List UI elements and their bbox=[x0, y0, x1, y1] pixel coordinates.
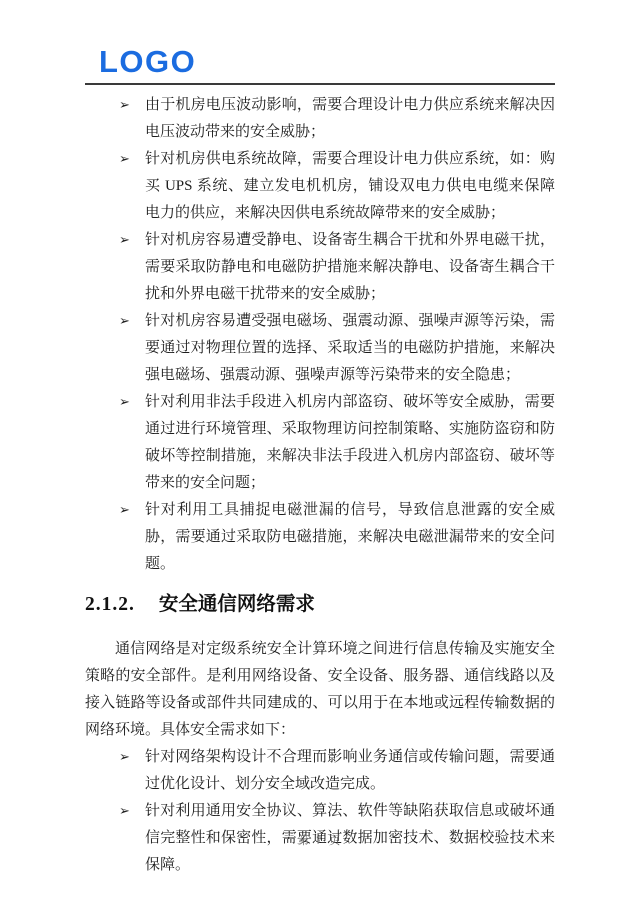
document-page: LOGO ➢ 由于机房电压波动影响，需要合理设计电力供应系统来解决因电压波动带来… bbox=[0, 0, 640, 906]
list-item-text: 针对机房供电系统故障，需要合理设计电力供应系统，如：购买 UPS 系统、建立发电… bbox=[145, 151, 555, 221]
list-item: ➢ 由于机房电压波动影响，需要合理设计电力供应系统来解决因电压波动带来的安全威胁… bbox=[85, 92, 555, 146]
list-item-text: 针对机房容易遭受静电、设备寄生耦合干扰和外界电磁干扰，需要采取防静电和电磁防护措… bbox=[145, 232, 555, 302]
section-heading: 2.1.2.安全通信网络需求 bbox=[85, 591, 555, 619]
arrow-bullet-icon: ➢ bbox=[119, 798, 130, 825]
arrow-bullet-icon: ➢ bbox=[119, 389, 130, 416]
company-logo: LOGO bbox=[99, 46, 555, 78]
list-item-text: 针对利用非法手段进入机房内部盗窃、破坏等安全威胁，需要通过进行环境管理、采取物理… bbox=[145, 394, 555, 491]
document-header: LOGO bbox=[85, 46, 555, 85]
header-divider bbox=[85, 83, 555, 85]
section-paragraph: 通信网络是对定级系统安全计算环境之间进行信息传输及实施安全策略的安全部件。是利用… bbox=[85, 636, 555, 744]
arrow-bullet-icon: ➢ bbox=[119, 146, 130, 173]
section-title: 安全通信网络需求 bbox=[159, 594, 315, 615]
list-item: ➢ 针对利用非法手段进入机房内部盗窃、破坏等安全威胁，需要通过进行环境管理、采取… bbox=[85, 389, 555, 497]
network-security-bullet-list: ➢ 针对网络架构设计不合理而影响业务通信或传输问题，需要通过优化设计、划分安全域… bbox=[85, 744, 555, 879]
list-item: ➢ 针对利用工具捕捉电磁泄漏的信号，导致信息泄露的安全威胁，需要通过采取防电磁措… bbox=[85, 497, 555, 578]
list-item-text: 针对网络架构设计不合理而影响业务通信或传输问题，需要通过优化设计、划分安全域改造… bbox=[145, 749, 555, 792]
list-item: ➢ 针对机房容易遭受静电、设备寄生耦合干扰和外界电磁干扰，需要采取防静电和电磁防… bbox=[85, 227, 555, 308]
arrow-bullet-icon: ➢ bbox=[119, 497, 130, 524]
list-item: ➢ 针对机房供电系统故障，需要合理设计电力供应系统，如：购买 UPS 系统、建立… bbox=[85, 146, 555, 227]
list-item-text: 针对机房容易遭受强电磁场、强震动源、强噪声源等污染，需要通过对物理位置的选择、采… bbox=[145, 313, 555, 383]
list-item: ➢ 针对网络架构设计不合理而影响业务通信或传输问题，需要通过优化设计、划分安全域… bbox=[85, 744, 555, 798]
page-number-footer: 第 7 页 bbox=[0, 832, 640, 848]
arrow-bullet-icon: ➢ bbox=[119, 744, 130, 771]
list-item-text: 针对利用工具捕捉电磁泄漏的信号，导致信息泄露的安全威胁，需要通过采取防电磁措施，… bbox=[145, 502, 555, 572]
list-item-text: 由于机房电压波动影响，需要合理设计电力供应系统来解决因电压波动带来的安全威胁； bbox=[145, 97, 555, 140]
section-number: 2.1.2. bbox=[85, 594, 135, 615]
list-item: ➢ 针对机房容易遭受强电磁场、强震动源、强噪声源等污染，需要通过对物理位置的选择… bbox=[85, 308, 555, 389]
arrow-bullet-icon: ➢ bbox=[119, 308, 130, 335]
arrow-bullet-icon: ➢ bbox=[119, 92, 130, 119]
physical-security-bullet-list: ➢ 由于机房电压波动影响，需要合理设计电力供应系统来解决因电压波动带来的安全威胁… bbox=[85, 92, 555, 578]
arrow-bullet-icon: ➢ bbox=[119, 227, 130, 254]
